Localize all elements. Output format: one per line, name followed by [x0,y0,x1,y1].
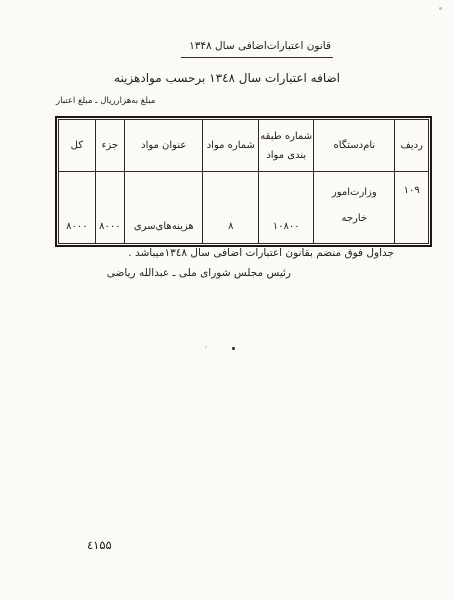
header-part-label: جزء [102,140,118,151]
header-item-title: عنوان مواد [125,120,203,172]
header-class-no-line1: شماره طبقه [260,131,312,142]
cell-agency-line2: خارجه [342,213,368,224]
cell-agency: وزارت‌امور خارجه [314,172,395,244]
header-radif-label: ردیف [401,140,423,151]
cell-radif: ۱۰۹ [395,172,429,244]
signature-line: رئیس مجلس شورای ملی ـ عبدالله ریاضی [107,267,291,279]
amount-unit-note: مبلغ به‌هزارریال ـ مبلغ اعتبار [56,96,155,106]
document-title: قانون اعتبارات‌اضافی سال ۱۳۴۸ [181,40,333,58]
table-header-row: ردیف نام‌دستگاه شماره طبقه بندی مواد شما… [59,120,429,172]
header-total: کل [59,120,96,172]
table-data-row: ۱۰۹ وزارت‌امور خارجه ۱۰۸۰۰ ۸ هزینه‌های‌س… [59,172,429,244]
cell-item-no: ۸ [203,172,259,244]
cell-item-title: هزینه‌های‌سری [125,172,203,244]
header-item-title-label: عنوان مواد [141,140,186,151]
header-part: جزء [95,120,124,172]
header-agency-label: نام‌دستگاه [333,140,375,151]
header-item-no: شماره مواد [203,120,259,172]
header-item-no-label: شماره مواد [207,140,255,151]
header-class-no: شماره طبقه بندی مواد [259,120,314,172]
header-radif: ردیف [395,120,429,172]
credits-table: ردیف نام‌دستگاه شماره طبقه بندی مواد شما… [55,116,432,247]
document-subtitle: اضافه اعتبارات سال ۱۳٤۸ برحسب موادهزینه [114,71,340,85]
scan-speck [205,346,207,348]
scanned-document-page: قانون اعتبارات‌اضافی سال ۱۳۴۸ اضافه اعتب… [0,0,455,600]
cell-class-no: ۱۰۸۰۰ [259,172,314,244]
header-class-no-line2: بندی مواد [266,150,306,161]
page-number: ٤١۵۵ [87,538,112,552]
cell-part: ۸۰۰۰ [95,172,124,244]
header-total-label: کل [71,140,83,151]
cell-agency-line1: وزارت‌امور [332,187,377,198]
annexation-statement: جداول فوق منضم بقانون اعتبارات اضافی سال… [128,247,394,259]
cell-total: ۸۰۰۰ [59,172,96,244]
header-agency: نام‌دستگاه [314,120,395,172]
scan-speck [232,347,235,350]
scan-speck [439,7,442,10]
cell-item-title-text: هزینه‌های‌سری [134,221,194,232]
